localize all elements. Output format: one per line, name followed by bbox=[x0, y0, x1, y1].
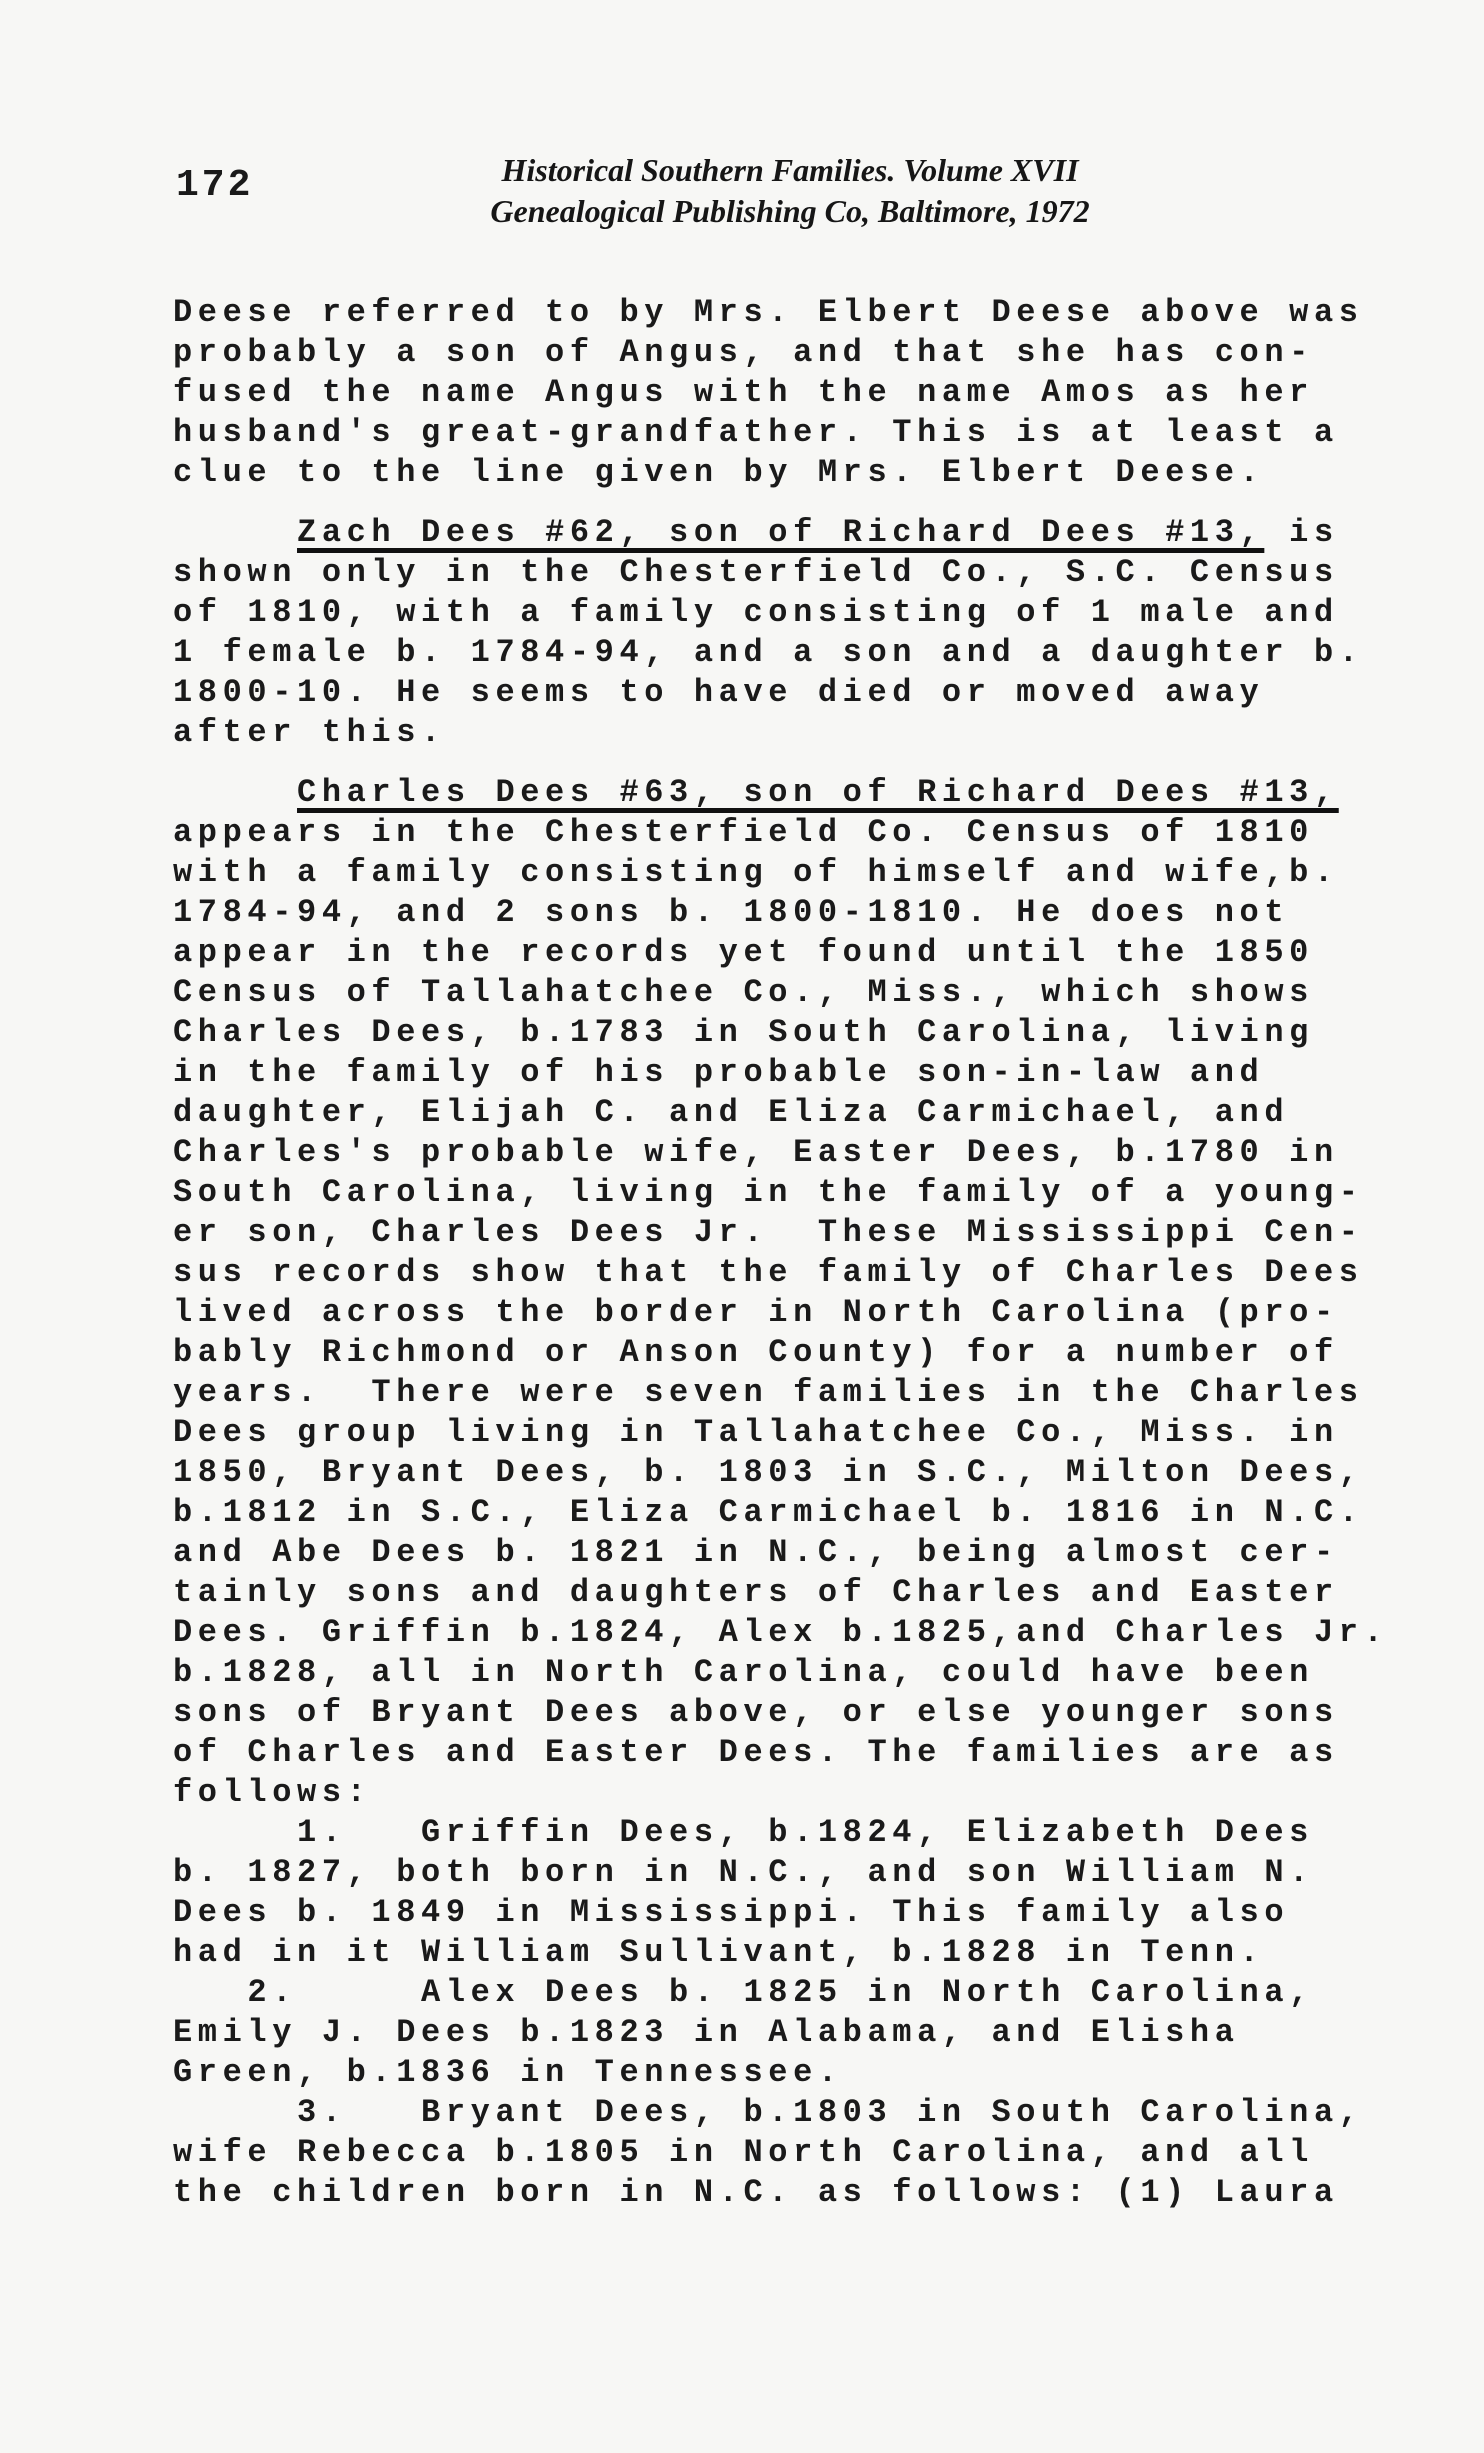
text-segment: sus records show that the family of Char… bbox=[173, 1254, 1364, 1291]
underlined-text: Charles Dees #63, son of Richard Dees #1… bbox=[297, 774, 1339, 811]
text-segment: and Abe Dees b. 1821 in N.C., being almo… bbox=[173, 1534, 1339, 1571]
text-segment: of Charles and Easter Dees. The families… bbox=[173, 1734, 1339, 1771]
text-segment: appears in the Chesterfield Co. Census o… bbox=[173, 814, 1314, 851]
text-line: Charles Dees, b.1783 in South Carolina, … bbox=[173, 1013, 1388, 1053]
text-segment: er son, Charles Dees Jr. These Mississip… bbox=[173, 1214, 1364, 1251]
text-segment: Charles Dees, b.1783 in South Carolina, … bbox=[173, 1014, 1314, 1051]
text-segment: the children born in N.C. as follows: (1… bbox=[173, 2174, 1339, 2211]
text-line: follows: bbox=[173, 1773, 1388, 1813]
text-segment: husband's great-grandfather. This is at … bbox=[173, 414, 1339, 451]
text-segment: years. There were seven families in the … bbox=[173, 1374, 1364, 1411]
text-line: 1 female b. 1784-94, and a son and a dau… bbox=[173, 633, 1388, 673]
text-segment: Green, b.1836 in Tennessee. bbox=[173, 2054, 843, 2091]
text-segment: Dees b. 1849 in Mississippi. This family… bbox=[173, 1894, 1289, 1931]
text-segment: Census of Tallahatchee Co., Miss., which… bbox=[173, 974, 1314, 1011]
text-segment: 3. Bryant Dees, b.1803 in South Carolina… bbox=[173, 2094, 1364, 2131]
text-segment: is bbox=[1264, 514, 1338, 551]
text-segment: had in it William Sullivant, b.1828 in T… bbox=[173, 1934, 1264, 1971]
text-line: Deese referred to by Mrs. Elbert Deese a… bbox=[173, 293, 1388, 333]
text-segment: wife Rebecca b.1805 in North Carolina, a… bbox=[173, 2134, 1314, 2171]
text-segment: after this. bbox=[173, 714, 446, 751]
text-segment: Charles's probable wife, Easter Dees, b.… bbox=[173, 1134, 1339, 1171]
text-line: 1850, Bryant Dees, b. 1803 in S.C., Milt… bbox=[173, 1453, 1388, 1493]
text-segment: 1784-94, and 2 sons b. 1800-1810. He doe… bbox=[173, 894, 1289, 931]
paragraph: Deese referred to by Mrs. Elbert Deese a… bbox=[173, 293, 1388, 493]
text-line: fused the name Angus with the name Amos … bbox=[173, 373, 1388, 413]
text-line: Census of Tallahatchee Co., Miss., which… bbox=[173, 973, 1388, 1013]
text-line: years. There were seven families in the … bbox=[173, 1373, 1388, 1413]
paragraph: Charles Dees #63, son of Richard Dees #1… bbox=[173, 773, 1388, 2213]
text-line: of Charles and Easter Dees. The families… bbox=[173, 1733, 1388, 1773]
text-line: bably Richmond or Anson County) for a nu… bbox=[173, 1333, 1388, 1373]
text-segment: Deese referred to by Mrs. Elbert Deese a… bbox=[173, 294, 1364, 331]
body-text: Deese referred to by Mrs. Elbert Deese a… bbox=[173, 293, 1388, 2213]
text-segment: tainly sons and daughters of Charles and… bbox=[173, 1574, 1339, 1611]
text-segment: follows: bbox=[173, 1774, 371, 1811]
text-segment: South Carolina, living in the family of … bbox=[173, 1174, 1364, 1211]
text-segment: 1 female b. 1784-94, and a son and a dau… bbox=[173, 634, 1364, 671]
underlined-text: Zach Dees #62, son of Richard Dees #13, bbox=[297, 514, 1264, 551]
text-segment: with a family consisting of himself and … bbox=[173, 854, 1339, 891]
text-line: 1. Griffin Dees, b.1824, Elizabeth Dees bbox=[173, 1813, 1388, 1853]
text-segment: lived across the border in North Carolin… bbox=[173, 1294, 1339, 1331]
text-line: 1800-10. He seems to have died or moved … bbox=[173, 673, 1388, 713]
text-line: and Abe Dees b. 1821 in N.C., being almo… bbox=[173, 1533, 1388, 1573]
text-segment: daughter, Elijah C. and Eliza Carmichael… bbox=[173, 1094, 1289, 1131]
text-line: shown only in the Chesterfield Co., S.C.… bbox=[173, 553, 1388, 593]
text-line: appear in the records yet found until th… bbox=[173, 933, 1388, 973]
text-line: sons of Bryant Dees above, or else young… bbox=[173, 1693, 1388, 1733]
text-line: Emily J. Dees b.1823 in Alabama, and Eli… bbox=[173, 2013, 1388, 2053]
text-segment: b.1828, all in North Carolina, could hav… bbox=[173, 1654, 1314, 1691]
text-segment: b.1812 in S.C., Eliza Carmichael b. 1816… bbox=[173, 1494, 1364, 1531]
text-line: 1784-94, and 2 sons b. 1800-1810. He doe… bbox=[173, 893, 1388, 933]
text-line: husband's great-grandfather. This is at … bbox=[173, 413, 1388, 453]
text-line: daughter, Elijah C. and Eliza Carmichael… bbox=[173, 1093, 1388, 1133]
text-segment: shown only in the Chesterfield Co., S.C.… bbox=[173, 554, 1339, 591]
text-segment: fused the name Angus with the name Amos … bbox=[173, 374, 1314, 411]
text-line: 3. Bryant Dees, b.1803 in South Carolina… bbox=[173, 2093, 1388, 2133]
text-segment: Dees group living in Tallahatchee Co., M… bbox=[173, 1414, 1339, 1451]
header-title-line: Historical Southern Families. Volume XVI… bbox=[96, 150, 1484, 191]
text-line: Dees. Griffin b.1824, Alex b.1825,and Ch… bbox=[173, 1613, 1388, 1653]
text-line: er son, Charles Dees Jr. These Mississip… bbox=[173, 1213, 1388, 1253]
text-segment: b. 1827, both born in N.C., and son Will… bbox=[173, 1854, 1314, 1891]
text-segment: clue to the line given by Mrs. Elbert De… bbox=[173, 454, 1264, 491]
text-line: probably a son of Angus, and that she ha… bbox=[173, 333, 1388, 373]
text-segment: Dees. Griffin b.1824, Alex b.1825,and Ch… bbox=[173, 1614, 1388, 1651]
text-line: of 1810, with a family consisting of 1 m… bbox=[173, 593, 1388, 633]
text-segment: in the family of his probable son-in-law… bbox=[173, 1054, 1264, 1091]
scanned-book-page: 172 Historical Southern Families. Volume… bbox=[0, 0, 1484, 2453]
text-line: b.1812 in S.C., Eliza Carmichael b. 1816… bbox=[173, 1493, 1388, 1533]
text-segment: 1800-10. He seems to have died or moved … bbox=[173, 674, 1264, 711]
text-line: appears in the Chesterfield Co. Census o… bbox=[173, 813, 1388, 853]
text-line: Zach Dees #62, son of Richard Dees #13, … bbox=[173, 513, 1388, 553]
text-line: 2. Alex Dees b. 1825 in North Carolina, bbox=[173, 1973, 1388, 2013]
text-line: lived across the border in North Carolin… bbox=[173, 1293, 1388, 1333]
text-line: Dees b. 1849 in Mississippi. This family… bbox=[173, 1893, 1388, 1933]
text-line: Green, b.1836 in Tennessee. bbox=[173, 2053, 1388, 2093]
text-line: sus records show that the family of Char… bbox=[173, 1253, 1388, 1293]
text-segment: appear in the records yet found until th… bbox=[173, 934, 1314, 971]
text-line: in the family of his probable son-in-law… bbox=[173, 1053, 1388, 1093]
text-line: had in it William Sullivant, b.1828 in T… bbox=[173, 1933, 1388, 1973]
text-segment: of 1810, with a family consisting of 1 m… bbox=[173, 594, 1339, 631]
text-line: Charles Dees #63, son of Richard Dees #1… bbox=[173, 773, 1388, 813]
text-line: wife Rebecca b.1805 in North Carolina, a… bbox=[173, 2133, 1388, 2173]
text-segment: 1. Griffin Dees, b.1824, Elizabeth Dees bbox=[173, 1814, 1314, 1851]
text-segment: probably a son of Angus, and that she ha… bbox=[173, 334, 1314, 371]
header-publisher-line: Genealogical Publishing Co, Baltimore, 1… bbox=[96, 191, 1484, 232]
text-line: b. 1827, both born in N.C., and son Will… bbox=[173, 1853, 1388, 1893]
text-line: Dees group living in Tallahatchee Co., M… bbox=[173, 1413, 1388, 1453]
text-segment: bably Richmond or Anson County) for a nu… bbox=[173, 1334, 1339, 1371]
paragraph: Zach Dees #62, son of Richard Dees #13, … bbox=[173, 513, 1388, 753]
text-line: b.1828, all in North Carolina, could hav… bbox=[173, 1653, 1388, 1693]
text-segment: 2. Alex Dees b. 1825 in North Carolina, bbox=[173, 1974, 1314, 2011]
text-line: after this. bbox=[173, 713, 1388, 753]
text-segment: 1850, Bryant Dees, b. 1803 in S.C., Milt… bbox=[173, 1454, 1364, 1491]
text-segment bbox=[173, 774, 297, 811]
text-line: the children born in N.C. as follows: (1… bbox=[173, 2173, 1388, 2213]
text-line: tainly sons and daughters of Charles and… bbox=[173, 1573, 1388, 1613]
text-segment: sons of Bryant Dees above, or else young… bbox=[173, 1694, 1339, 1731]
text-segment: Emily J. Dees b.1823 in Alabama, and Eli… bbox=[173, 2014, 1240, 2051]
text-segment bbox=[173, 514, 297, 551]
text-line: South Carolina, living in the family of … bbox=[173, 1173, 1388, 1213]
text-line: Charles's probable wife, Easter Dees, b.… bbox=[173, 1133, 1388, 1173]
text-line: clue to the line given by Mrs. Elbert De… bbox=[173, 453, 1388, 493]
page-header: Historical Southern Families. Volume XVI… bbox=[96, 150, 1484, 232]
text-line: with a family consisting of himself and … bbox=[173, 853, 1388, 893]
